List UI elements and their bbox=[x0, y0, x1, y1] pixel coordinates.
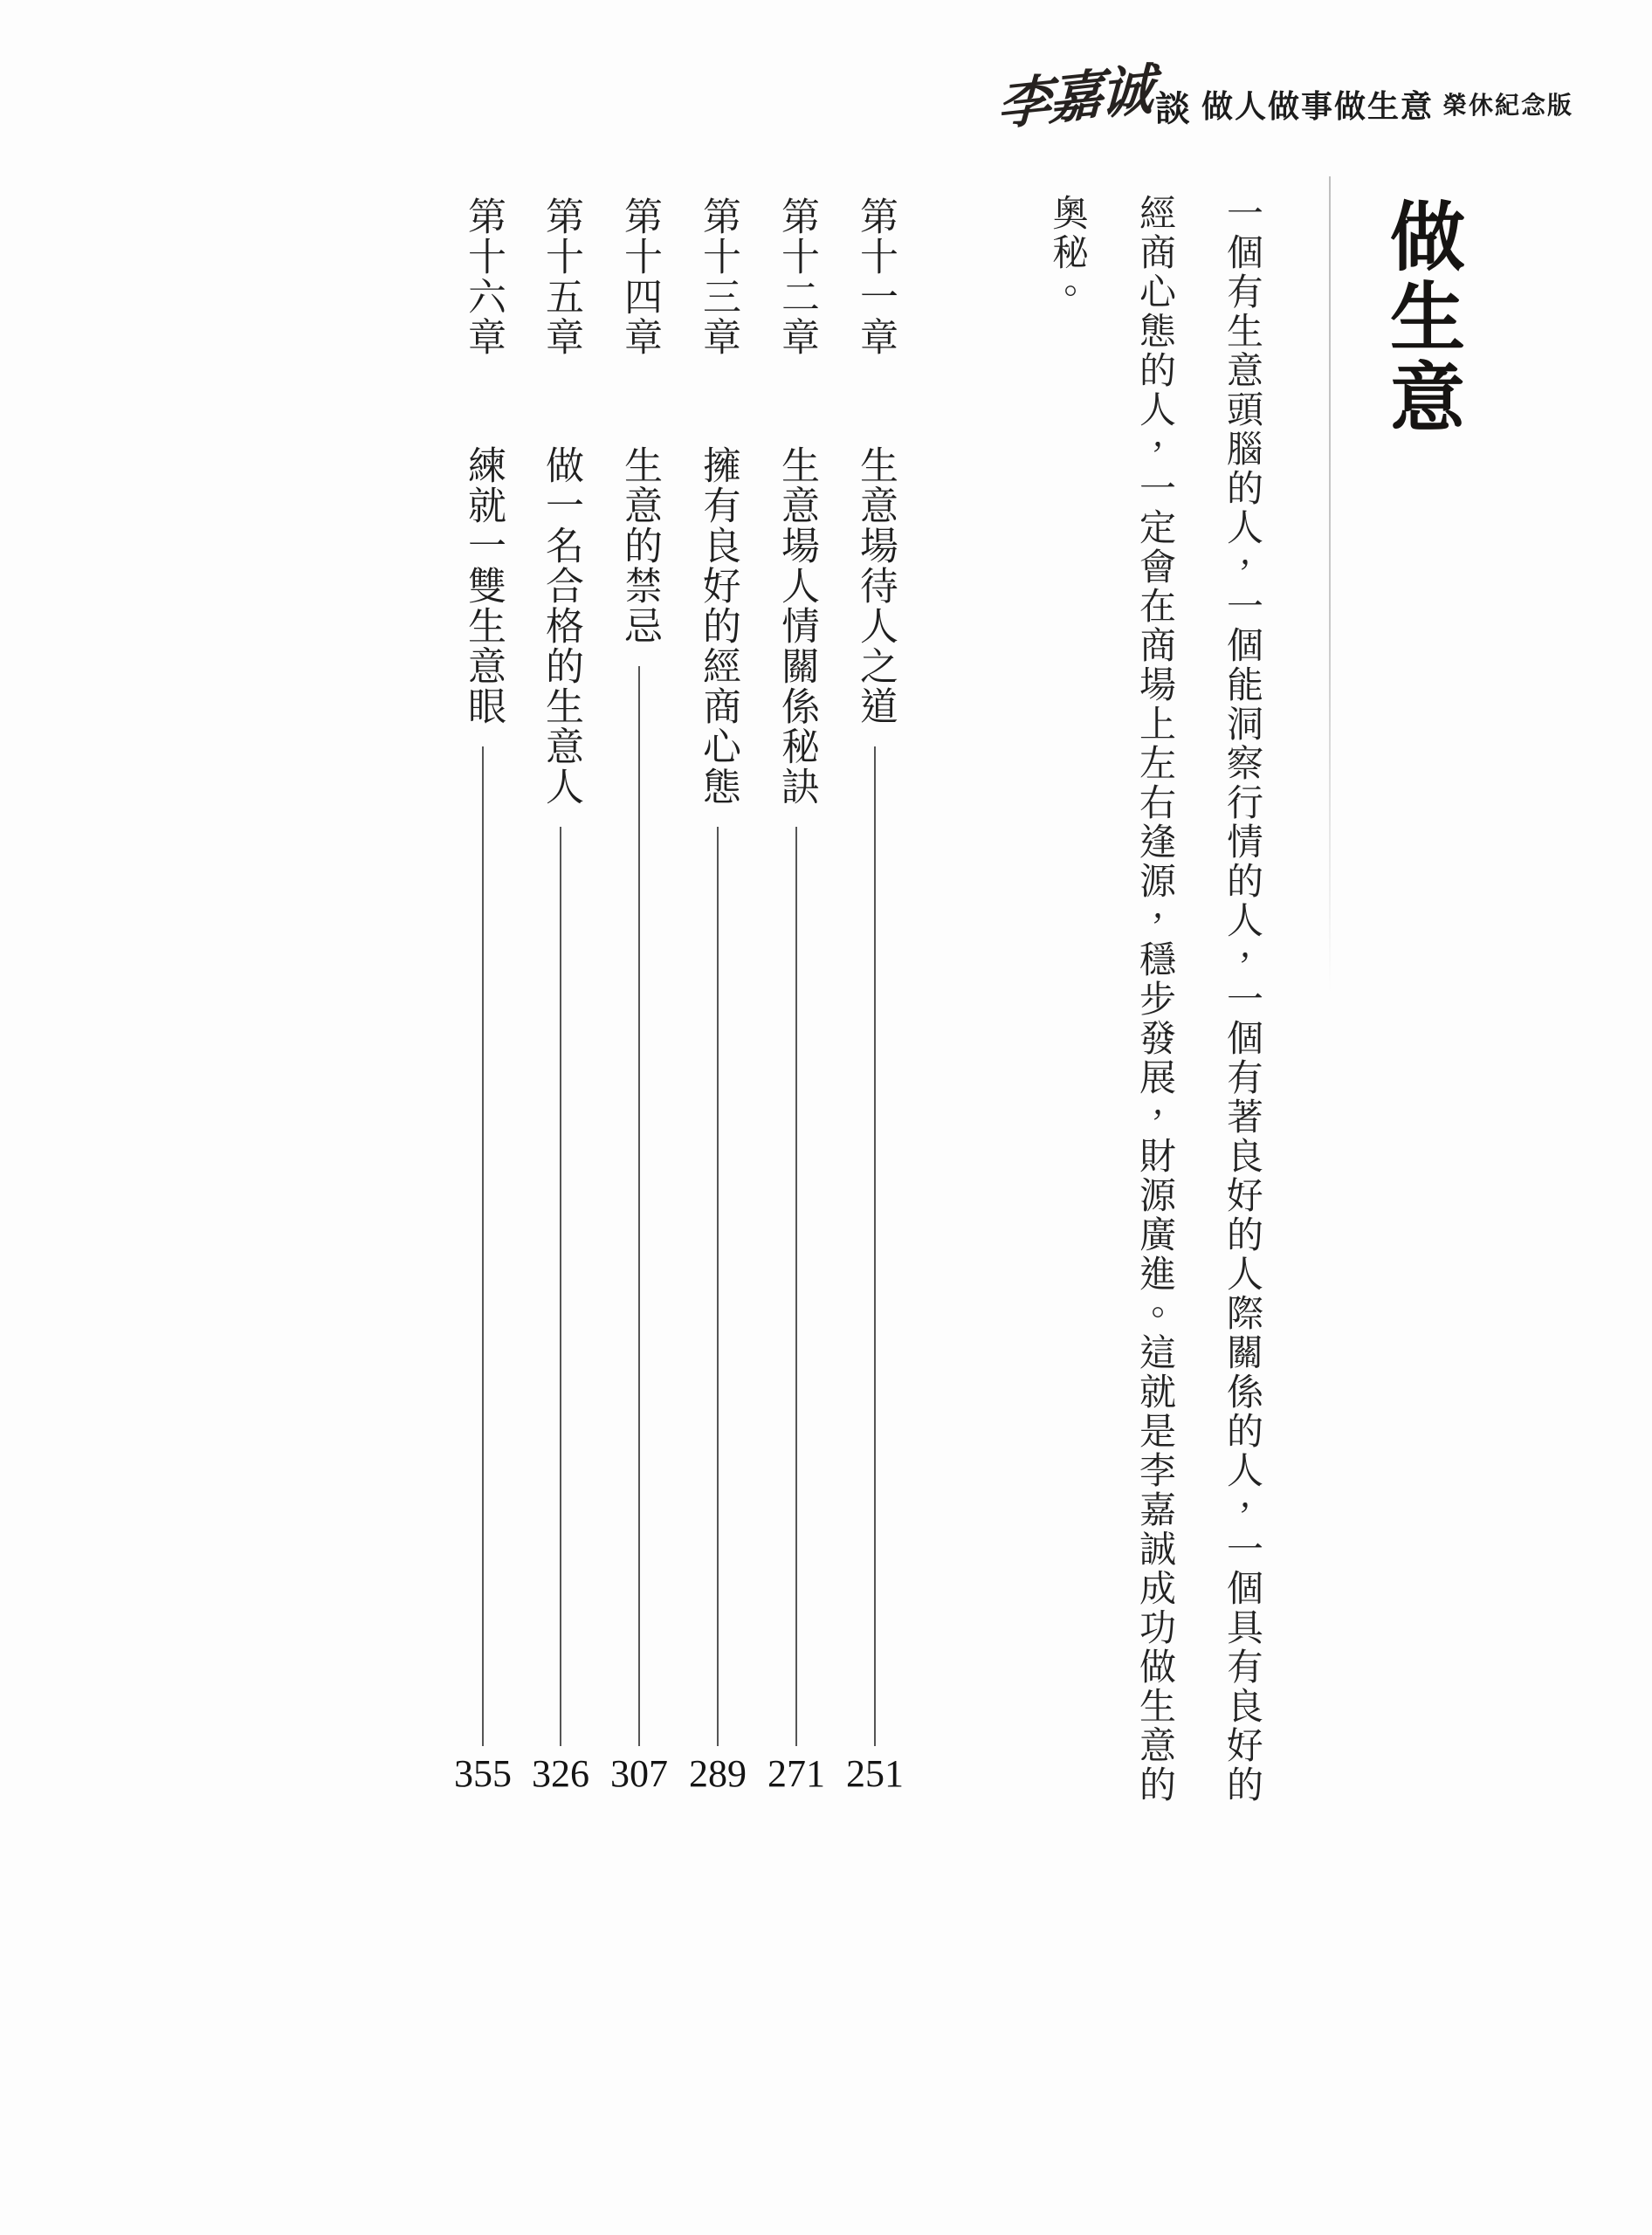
chapter-entry: 第十六章 練就一雙生意眼 355 bbox=[462, 0, 504, 2235]
chapter-title: 練就一雙生意眼 bbox=[464, 445, 502, 726]
chapter-number: 第十六章 bbox=[464, 196, 502, 357]
leader-line bbox=[560, 827, 561, 1746]
chapter-title: 生意的禁忌 bbox=[620, 445, 658, 646]
chapter-entry: 第十一章 生意場待人之道 251 bbox=[854, 0, 896, 2235]
section-title: 做生意 bbox=[1378, 197, 1458, 438]
page-number: 355 bbox=[430, 1755, 535, 1793]
chapter-number: 第十一章 bbox=[856, 196, 894, 357]
leader-line bbox=[795, 827, 797, 1746]
talk-label: 談 bbox=[1155, 92, 1190, 127]
chapter-entry: 第十二章 生意場人情關係秘訣 271 bbox=[775, 0, 817, 2235]
leader-line bbox=[638, 666, 640, 1746]
chapter-number: 第十三章 bbox=[699, 196, 737, 357]
chapter-number: 第十四章 bbox=[620, 196, 658, 357]
chapter-number: 第十二章 bbox=[777, 196, 816, 357]
book-toc-page: { "page": { "background": "#fdfdfd", "te… bbox=[0, 0, 1652, 2235]
intro-line: 奧秘。 bbox=[1045, 194, 1085, 1818]
intro-line: 一個有生意頭腦的人，一個能洞察行情的人，一個有著良好的人際關係的人，一個具有良好… bbox=[1220, 194, 1260, 1818]
chapter-title: 生意場待人之道 bbox=[856, 445, 894, 726]
chapter-entry: 第十五章 做一名合格的生意人 326 bbox=[540, 0, 582, 2235]
divider-line bbox=[1329, 176, 1331, 993]
chapter-entry: 第十三章 擁有良好的經商心態 289 bbox=[697, 0, 739, 2235]
leader-line bbox=[482, 746, 484, 1746]
leader-line bbox=[874, 746, 876, 1746]
chapter-entry: 第十四章 生意的禁忌 307 bbox=[618, 0, 660, 2235]
book-title: 做人做事做生意 bbox=[1201, 91, 1434, 122]
intro-line: 經商心態的人，一定會在商場上左右逢源，穩步發展，財源廣進。這就是李嘉誠成功做生意… bbox=[1132, 194, 1173, 1818]
edition-label: 榮休紀念版 bbox=[1442, 94, 1573, 119]
chapter-title: 做一名合格的生意人 bbox=[541, 445, 580, 807]
chapter-title: 擁有良好的經商心態 bbox=[699, 445, 737, 807]
chapter-number: 第十五章 bbox=[541, 196, 580, 357]
chapter-title: 生意場人情關係秘訣 bbox=[777, 445, 816, 807]
leader-line bbox=[717, 827, 719, 1746]
author-signature: 李嘉诚 bbox=[996, 63, 1152, 134]
